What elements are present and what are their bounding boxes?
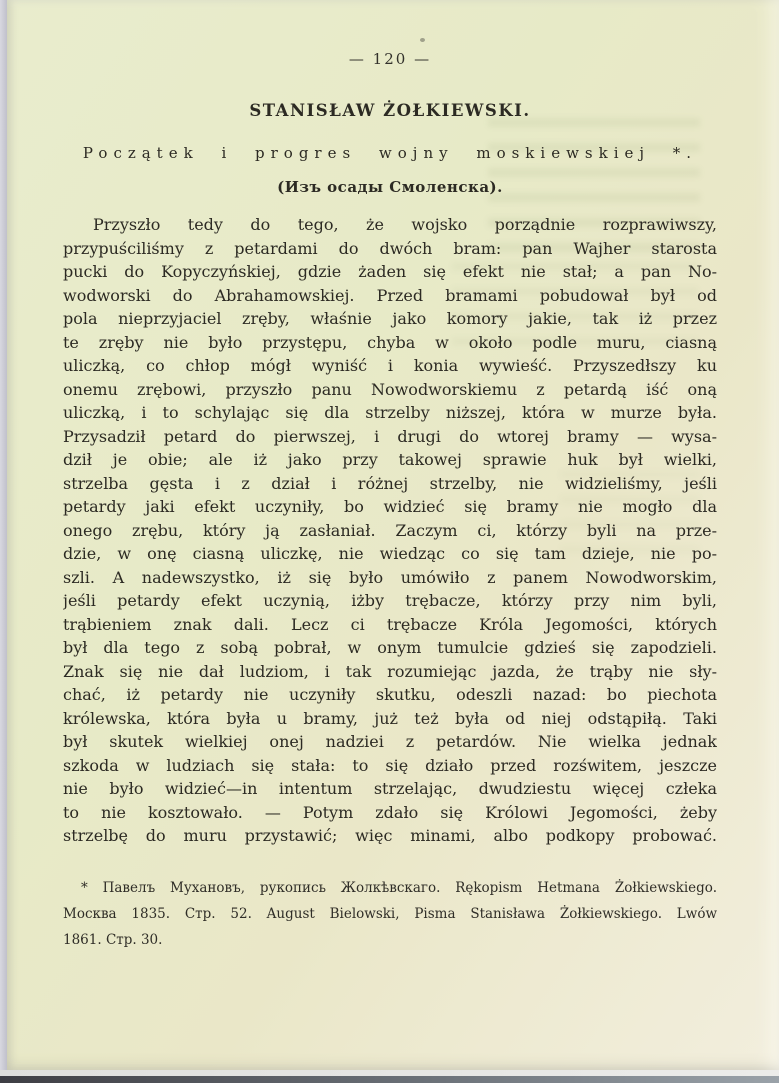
body-text-line: dzie, w onę ciasną uliczkę, nie wiedząc … [63,542,717,566]
body-text-line: uliczką, i to schylając się dla strzelby… [63,401,717,425]
body-text-line: petardy jaki efekt uczyniły, bo widzieć … [63,495,717,519]
scanned-book-page: — 120 — STANISŁAW ŻOŁKIEWSKI. Początek i… [0,0,779,1083]
body-text-line: szkoda w ludziach się stała: to się dzia… [63,754,717,778]
footnote-line: 1861. Стр. 30. [63,927,717,953]
body-text-line: szli. A nadewszystko, iż się było umówił… [63,566,717,590]
page-content: — 120 — STANISŁAW ŻOŁKIEWSKI. Początek i… [7,0,779,1070]
body-text-line: był skutek wielkiej onej nadziei z petar… [63,730,717,754]
scan-bottom-shadow [0,1076,779,1083]
body-text-line: to nie kosztowało. — Potym zdało się Kró… [63,801,717,825]
body-text-line: pola nieprzyjaciel zręby, właśnie jako k… [63,307,717,331]
chapter-subtitle: Początek i progres wojny moskiewskiej *. [63,144,717,162]
body-text-line: był dla tego z sobą pobrał, w onym tumul… [63,636,717,660]
body-text-line: te zręby nie było przystępu, chyba w oko… [63,331,717,355]
body-text-line: onego zrębu, który ją zasłaniał. Zaczym … [63,519,717,543]
chapter-title: STANISŁAW ŻOŁKIEWSKI. [63,101,717,120]
body-text-line: strzelba gęsta i z dział i różnej strzel… [63,472,717,496]
body-text-line: dził je obie; ale iż jako przy takowej s… [63,448,717,472]
body-text-line: Przyszło tedy do tego, że wojsko porządn… [63,213,717,237]
body-paragraph: Przyszło tedy do tego, że wojsko porządn… [63,213,717,848]
body-text-line: Znak się nie dał ludziom, i tak rozumiej… [63,660,717,684]
body-text-line: przypuściliśmy z petardami do dwóch bram… [63,237,717,261]
body-text-line: Przysadził petard do pierwszej, i drugi … [63,425,717,449]
body-text-line: jeśli petardy efekt uczynią, iżby trębac… [63,589,717,613]
body-text-line: wodworski do Abrahamowskiej. Przed brama… [63,284,717,308]
cyrillic-subheading: (Изъ осады Смоленска). [63,178,717,196]
body-text-line: trąbieniem znak dali. Lecz ci trębacze K… [63,613,717,637]
body-text-line: pucki do Kopyczyńskiej, gdzie żaden się … [63,260,717,284]
footnote-line: * Павелъ Мухановъ, рукопись Жолкѣвскаго.… [63,875,717,901]
page-number: — 120 — [63,50,717,68]
body-text-line: onemu zrębowi, przyszło panu Nowodworski… [63,378,717,402]
body-text-line: strzelbę do muru przystawić; więc minami… [63,824,717,848]
footnote-line: Москва 1835. Стр. 52. August Bielowski, … [63,901,717,927]
body-text-line: nie było widzieć—in intentum strzelając,… [63,777,717,801]
body-text-line: królewska, która była u bramy, już też b… [63,707,717,731]
body-text-line: chać, iż petardy nie uczyniły skutku, od… [63,683,717,707]
body-text-line: uliczką, co chłop mógł wyniść i konia wy… [63,354,717,378]
footnote: * Павелъ Мухановъ, рукопись Жолкѣвскаго.… [63,875,717,953]
scan-left-edge [0,0,7,1083]
